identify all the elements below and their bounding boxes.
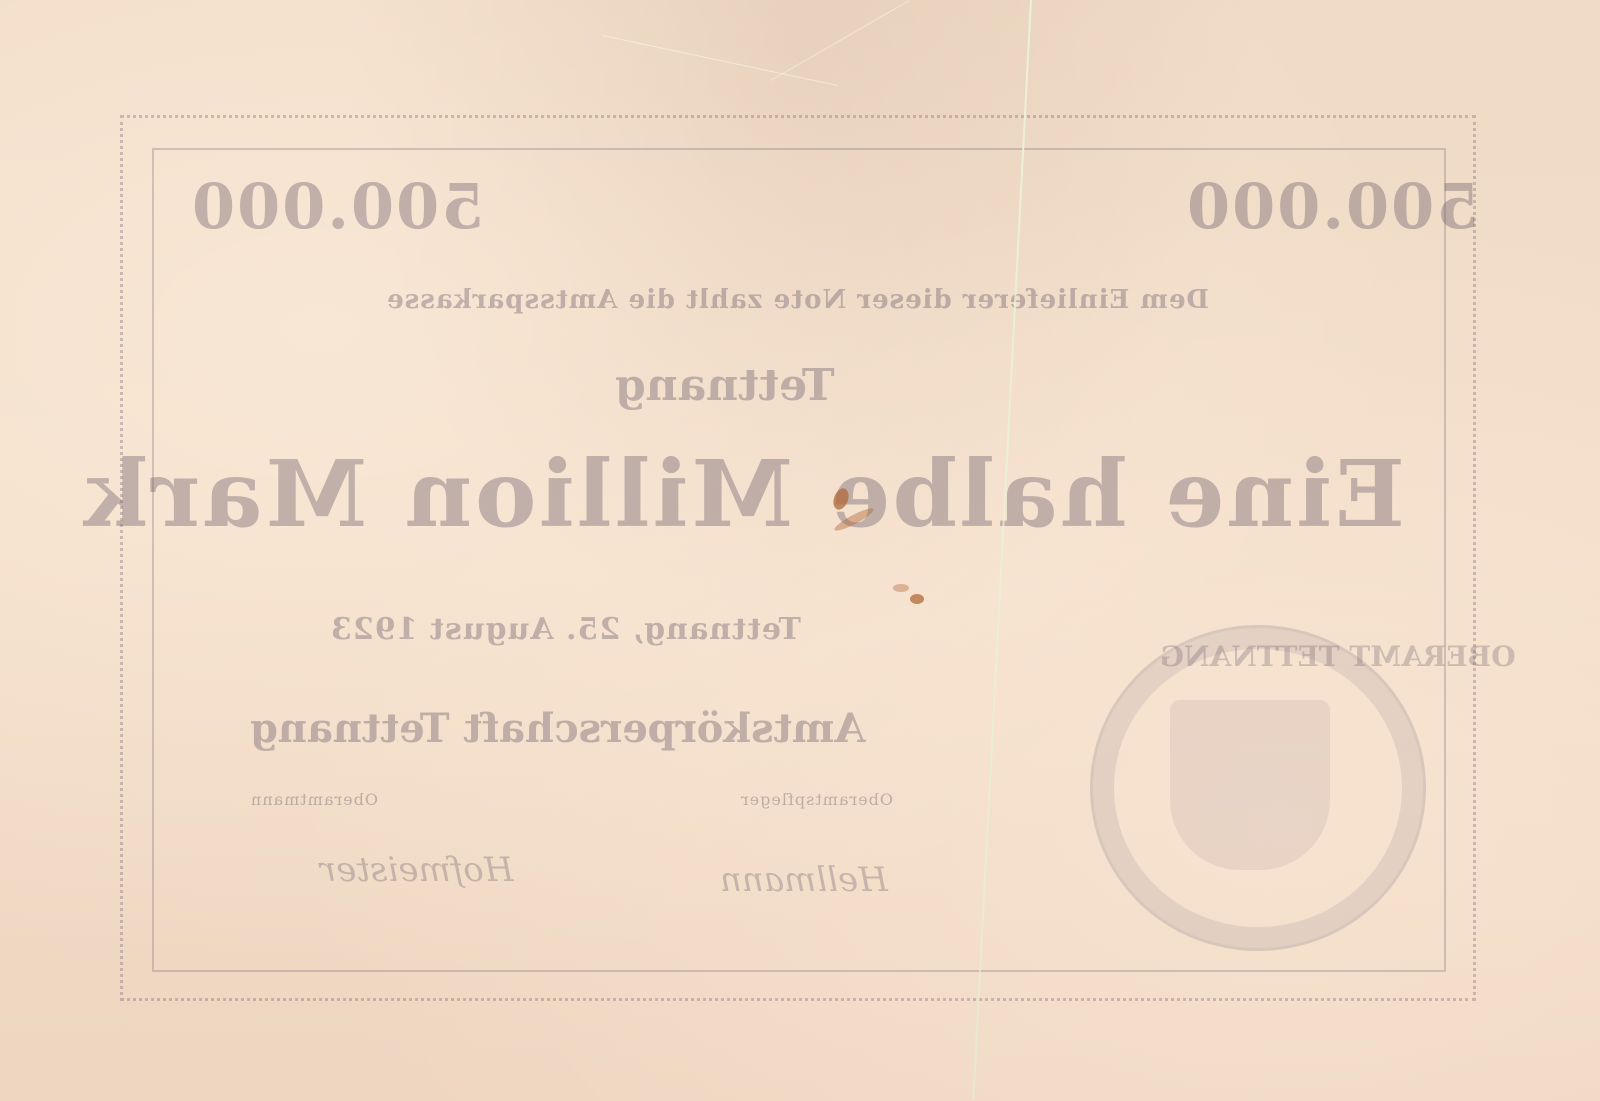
- amount-text: Eine halbe Million Mark: [195, 440, 1405, 548]
- date-line: Tettnang, 25. August 1923: [330, 612, 801, 647]
- payee-line: Dem Einlieferer dieser Note zahlt die Am…: [190, 285, 1405, 315]
- signature-title-left: Oberamtmann: [250, 790, 378, 809]
- denomination-right: 500.000: [1185, 170, 1479, 243]
- rust-stain: [893, 584, 909, 592]
- issuer-name: Amtskörperschaft Tettnang: [250, 705, 865, 752]
- place-name: Tettnang: [615, 360, 835, 411]
- seal-shield-icon: [1170, 700, 1330, 870]
- denomination-left: 500.000: [190, 170, 484, 243]
- signature-left: Hofmeister: [320, 850, 513, 890]
- banknote-reverse: 500.000 500.000 Dem Einlieferer dieser N…: [0, 0, 1600, 1101]
- rust-stain: [910, 594, 924, 604]
- seal-text: OBERAMT TETTNANG: [1160, 640, 1516, 673]
- signature-right: Hellmann: [720, 860, 888, 900]
- signature-title-right: Oberamtspfleger: [740, 790, 893, 809]
- paper-wrinkle: [770, 0, 909, 81]
